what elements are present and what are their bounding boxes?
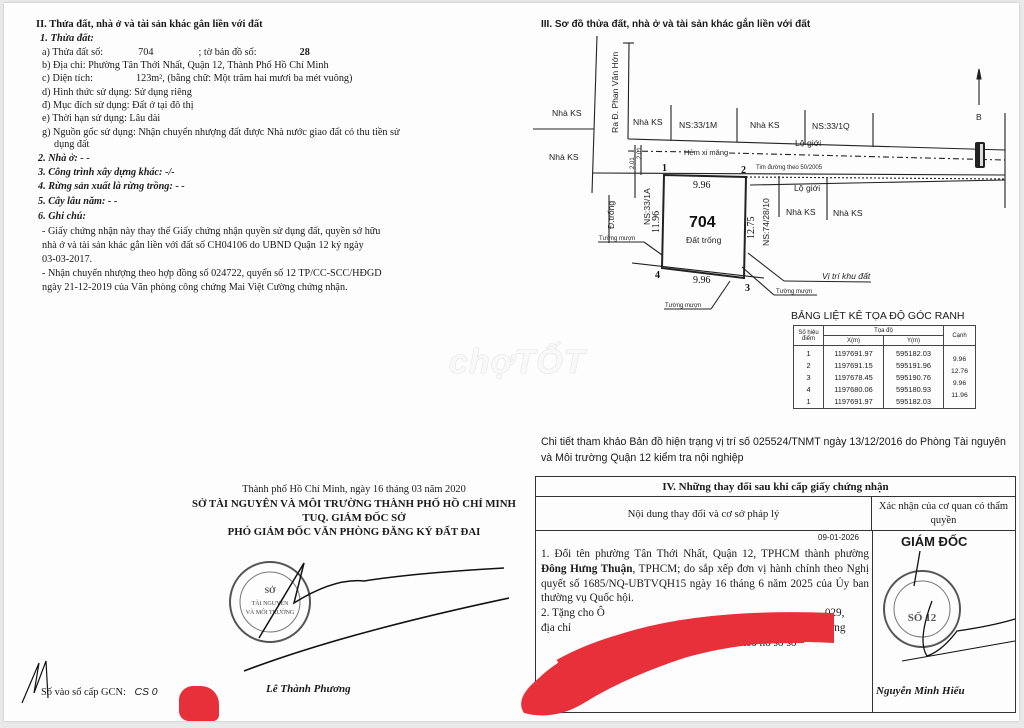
wall-label: Tường mượn: [599, 236, 635, 242]
svg-text:TÀI NGUYÊN: TÀI NGUYÊN: [252, 599, 289, 607]
neighbor-label: Nhà KS: [833, 208, 863, 218]
alley-note: Tim đường theo 50/2005: [756, 165, 823, 171]
corner-label: 4: [655, 270, 660, 281]
wall-label: Tường mượn: [665, 303, 701, 309]
neighbor-label: Nhà KS: [549, 152, 579, 162]
col-confirm-header: Xác nhận của cơ quan có thẩm quyền: [872, 497, 1015, 531]
header-edge: Cạnh: [944, 326, 976, 346]
location-label: Vị trí khu đất: [822, 271, 871, 281]
issuing-org: SỞ TÀI NGUYÊN VÀ MÔI TRƯỜNG THÀNH PHỐ HỒ…: [174, 497, 534, 511]
certificate-page: II. Thửa đất, nhà ở và tài sản khác gắn …: [4, 3, 1019, 721]
points-col: 1 2 3 4 1: [794, 346, 824, 409]
place-date: Thành phố Hồ Chí Minh, ngày 16 tháng 03 …: [174, 483, 534, 497]
neighbor-label: Nhà KS: [552, 108, 582, 118]
neighbor-label: NS:33/1M: [679, 120, 717, 130]
corner-label: 2: [741, 165, 746, 176]
right-neighbor-label: NS:74/28/10: [761, 198, 771, 246]
coord-table-title: BẢNG LIỆT KÊ TỌA ĐỘ GÓC RANH: [791, 310, 965, 322]
lo-gioi-label: Lộ giới: [795, 138, 821, 148]
neighbor-label: Nhà KS: [633, 117, 663, 127]
small-dimension: 2.01: [637, 147, 643, 159]
lo-gioi-label-2: Lộ giới: [794, 183, 820, 193]
stamp-date: 09-01-2026: [818, 533, 859, 542]
road-label: Ra Đ. Phan Văn Hớn: [610, 52, 620, 133]
neighbor-label: Nhà KS: [750, 120, 780, 130]
y-col: 595182.03 595191.96 595190.76 595180.93 …: [884, 346, 944, 409]
header-y: Y(m): [884, 336, 944, 346]
edge-left: 11.96: [651, 211, 662, 233]
redaction-mark: [179, 686, 219, 721]
corner-label: 1: [662, 163, 667, 174]
gcn-number: Số vào sổ cấp GCN: CS 0: [41, 687, 158, 698]
corner-label: 3: [745, 283, 750, 294]
svg-text:SỐ 12: SỐ 12: [908, 611, 937, 624]
edge-top: 9.96: [693, 180, 711, 191]
wall-label: Tường mượn: [776, 289, 812, 295]
changes-title: IV. Những thay đổi sau khi cấp giấy chứn…: [536, 477, 1015, 497]
edge-right: 12.75: [746, 217, 757, 240]
coord-table: Số hiệu điểm Tọa độ Cạnh X(m) Y(m) 1 2 3…: [793, 325, 976, 409]
parcel-type-label: Đất trống: [686, 235, 722, 245]
x-col: 1197691.97 1197691.15 1197678.45 1197680…: [824, 346, 884, 409]
signer-name-left: Lê Thành Phương: [266, 683, 351, 695]
tuq-line: TUQ. GIÁM ĐỐC SỞ: [174, 511, 534, 525]
redaction-mark: [504, 603, 834, 721]
edge-bottom: 9.96: [693, 275, 711, 286]
left-strip-label: Đ.trống: [606, 201, 616, 229]
header-coords: Tọa độ: [824, 326, 944, 336]
col-content-header: Nội dung thay đổi và cơ sở pháp lý: [536, 497, 872, 531]
neighbor-label: NS:33/1Q: [812, 121, 850, 131]
neighbor-label: Nhà KS: [786, 207, 816, 217]
svg-text:SỞ: SỞ: [265, 585, 276, 595]
parcel-diagram: Nhà KS Nhà KS Nhà KS NS:33/1M Nhà KS NS:…: [4, 3, 1019, 323]
header-point: Số hiệu điểm: [794, 326, 824, 346]
small-dimension: 2.01: [630, 157, 636, 169]
header-x: X(m): [824, 336, 884, 346]
edge-col: 9.96 12.76 9.96 11.96: [944, 346, 976, 409]
north-label: B: [976, 112, 982, 122]
signer-name-right: Nguyễn Minh Hiếu: [876, 685, 965, 697]
alley-label: Hẻm xi măng: [684, 148, 728, 157]
parcel-number-label: 704: [689, 214, 716, 231]
signature-block: Thành phố Hồ Chí Minh, ngày 16 tháng 03 …: [174, 483, 534, 539]
svg-text:VÀ MÔI TRƯỜNG: VÀ MÔI TRƯỜNG: [246, 608, 295, 616]
watermark-logo: chợTỐT: [449, 343, 586, 382]
reference-note: Chi tiết tham khảo Bản đồ hiện trạng vị …: [541, 434, 1011, 466]
signer-position: PHÓ GIÁM ĐỐC VĂN PHÒNG ĐĂNG KÝ ĐẤT ĐAI: [174, 525, 534, 539]
